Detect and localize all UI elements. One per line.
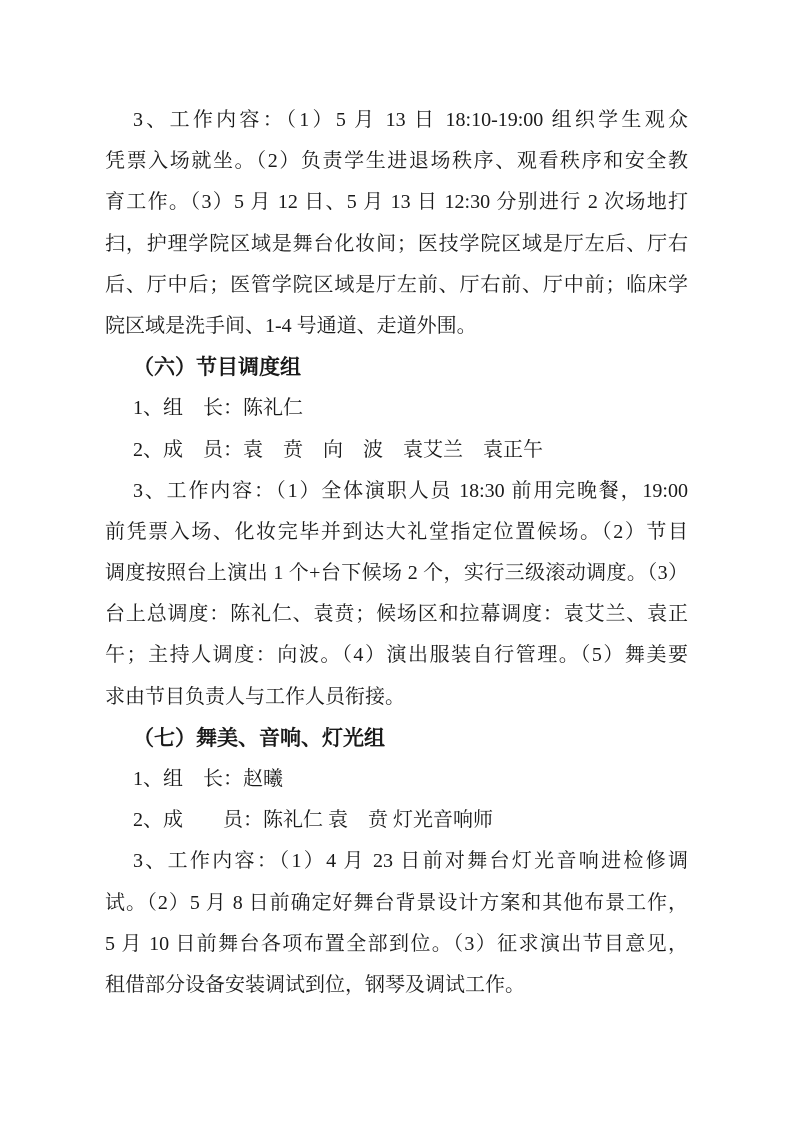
text-line: 院区域是洗手间、1-4 号通道、走道外围。: [105, 306, 688, 347]
document-page: 3、工作内容：（1）5 月 13 日 18:10-19:00 组织学生观众 凭票…: [0, 0, 793, 1122]
text-line: 2、成 员：陈礼仁 袁 贲 灯光音响师: [105, 800, 688, 841]
text-line: 试。（2）5 月 8 日前确定好舞台背景设计方案和其他布景工作，: [105, 883, 688, 924]
text-line: 凭票入场就坐。（2）负责学生进退场秩序、观看秩序和安全教: [105, 141, 688, 182]
document-text-block: 3、工作内容：（1）5 月 13 日 18:10-19:00 组织学生观众 凭票…: [105, 100, 688, 1006]
text-line: 前凭票入场、化妆完毕并到达大礼堂指定位置候场。（2）节目: [105, 512, 688, 553]
text-line: 5 月 10 日前舞台各项布置全部到位。（3）征求演出节目意见，: [105, 924, 688, 965]
text-line: 午；主持人调度：向波。（4）演出服装自行管理。（5）舞美要: [105, 635, 688, 676]
text-line: 3、工作内容：（1）5 月 13 日 18:10-19:00 组织学生观众: [105, 100, 688, 141]
text-line: 3、工作内容：（1）全体演职人员 18:30 前用完晚餐，19:00: [105, 471, 688, 512]
text-line: 租借部分设备安装调试到位，钢琴及调试工作。: [105, 965, 688, 1006]
text-line: 1、组 长：赵曦: [105, 759, 688, 800]
text-line: 调度按照台上演出 1 个+台下候场 2 个，实行三级滚动调度。（3）: [105, 553, 688, 594]
text-line: 1、组 长：陈礼仁: [105, 388, 688, 429]
text-line: 3、工作内容：（1）4 月 23 日前对舞台灯光音响进检修调: [105, 841, 688, 882]
section-seven-heading: （七）舞美、音响、灯光组: [105, 718, 688, 759]
text-line: 台上总调度：陈礼仁、袁贲；候场区和拉幕调度：袁艾兰、袁正: [105, 594, 688, 635]
text-line: 后、厅中后；医管学院区域是厅左前、厅右前、厅中前；临床学: [105, 265, 688, 306]
text-line: 育工作。（3）5 月 12 日、5 月 13 日 12:30 分别进行 2 次场…: [105, 182, 688, 223]
text-line: 2、成 员：袁 贲 向 波 袁艾兰 袁正午: [105, 430, 688, 471]
section-six-heading: （六）节目调度组: [105, 347, 688, 388]
text-line: 求由节目负责人与工作人员衔接。: [105, 677, 688, 718]
text-line: 扫，护理学院区域是舞台化妆间；医技学院区域是厅左后、厅右: [105, 224, 688, 265]
